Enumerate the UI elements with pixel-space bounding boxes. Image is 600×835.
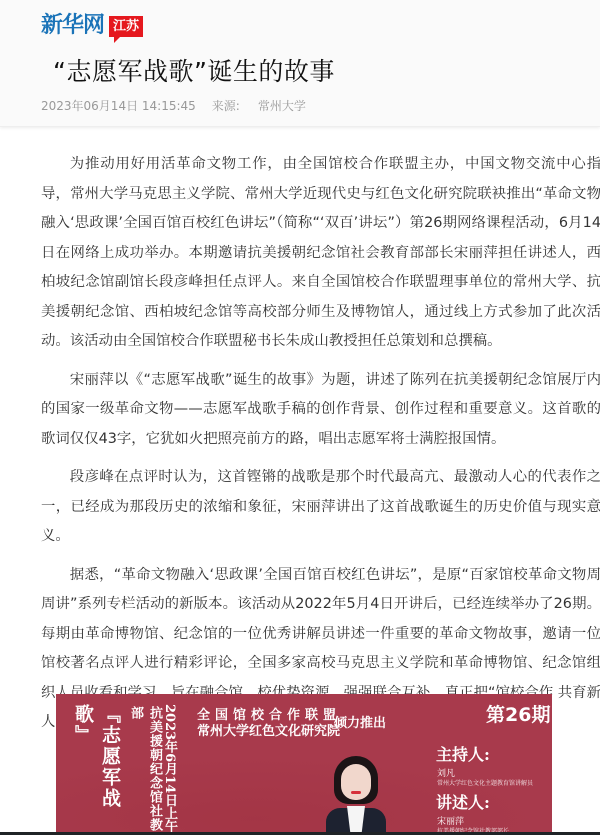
poster-host-label: 主持人: [436, 742, 490, 765]
article-paragraph: 宋丽萍以《“志愿军战歌”诞生的故事》为题，讲述了陈列在抗美援朝纪念馆展厅内的国家… [41, 366, 600, 455]
portrait-face [341, 764, 371, 800]
event-poster-image: 『志愿军战歌』 抗美援朝纪念馆社教部 2023年6月14日上午 全国馆校合作联盟… [56, 694, 552, 835]
poster-issue-number: 第26期 [486, 700, 550, 727]
portrait-lips [351, 791, 361, 794]
xinhuanet-logo[interactable]: 新华网 江苏 [41, 13, 143, 39]
poster-speaker-label: 讲述人: [436, 790, 490, 813]
poster-vertical-date: 2023年6月14日上午 [160, 704, 179, 832]
poster-org-line2: 常州大学红色文化研究院 [197, 720, 340, 739]
poster-presents: 倾力推出 [334, 712, 386, 731]
article-paragraph: 为推动用好用活革命文物工作，由全国馆校合作联盟主办，中国文物交流中心指导，常州大… [41, 150, 600, 357]
poster-host-title: 常州大学红色文化主题教育馆讲解员 [437, 778, 533, 787]
speaker-portrait [326, 756, 386, 835]
article-title: “志愿军战歌”诞生的故事 [53, 52, 335, 88]
source-name: 常州大学 [258, 97, 306, 114]
page-header: 新华网 江苏 “志愿军战歌”诞生的故事 2023年06月14日 14:15:45… [0, 0, 600, 127]
article-meta: 2023年06月14日 14:15:45 来源: 常州大学 [41, 97, 306, 114]
article-paragraph: 段彦峰在点评时认为，这首铿锵的战歌是那个时代最高亢、最激动人心的代表作之一，已经… [41, 463, 600, 552]
logo-main-text: 新华网 [41, 13, 104, 39]
source-label: 来源: [212, 97, 240, 114]
poster-vertical-org: 抗美援朝纪念馆社教部 [126, 706, 164, 835]
poster-vertical-title: 『志愿军战歌』 [70, 704, 124, 835]
logo-region-badge: 江苏 [109, 16, 143, 37]
article-body: 为推动用好用活革命文物工作，由全国馆校合作联盟主办，中国文物交流中心指导，常州大… [41, 150, 600, 747]
publish-datetime: 2023年06月14日 14:15:45 [41, 97, 196, 114]
